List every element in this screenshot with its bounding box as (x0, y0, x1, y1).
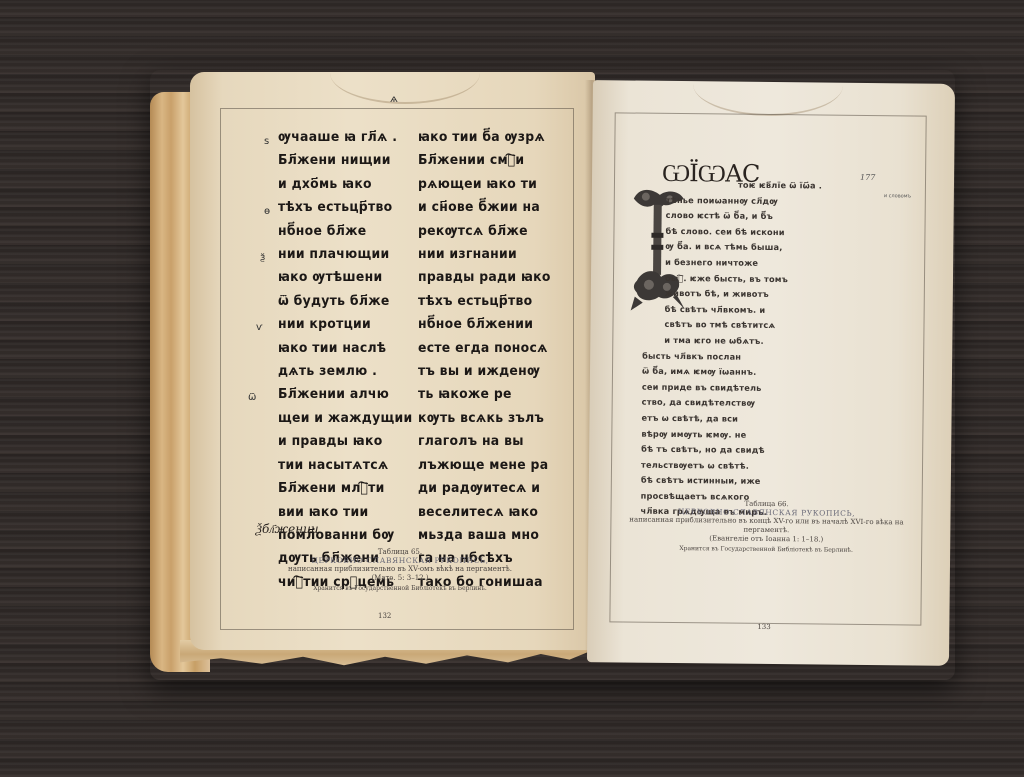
text-line: нб҃ное бл҃жении (418, 313, 551, 336)
text-line: бѣ слово. сеи бѣ искони (665, 224, 821, 241)
left-page: ѧ ѕ ѳ ѯ ѵ ѿ ѹчааше ꙗ гл҃ѧ . Бл҃жени нищи… (190, 72, 595, 650)
text-line: ди радѹитесѧ и (418, 477, 551, 500)
water-stain (693, 80, 844, 117)
caption-holding: Хранится въ Государственной Библіотекѣ в… (230, 585, 570, 592)
text-line: свѣтъ во тмѣ свѣтитсѧ (664, 317, 820, 334)
text-line: есте егда поносѧ (418, 337, 551, 360)
text-line: лъжюще мене ра (418, 454, 551, 477)
page-number: 133 (757, 623, 770, 631)
text-line: нии плачющии (278, 243, 412, 266)
text-line: ѿ будуть бл҃же (278, 290, 412, 313)
text-line: тѣхъ естьцр҃тво (278, 196, 412, 219)
text-line: рекѹтсѧ бл҃же (418, 220, 551, 243)
text-line: нии изгнании (418, 243, 551, 266)
text-line: Бл҃жении алчю (278, 383, 412, 406)
text-line: тоѥ ѥв҃лїе ѿ їѡ҃а . (666, 177, 822, 194)
margin-note: и словомъ (884, 193, 911, 199)
text-line: ꙗко тии наслѣ (278, 337, 412, 360)
text-line: и правды ꙗко (278, 430, 412, 453)
text-line: бысть чл҃вкъ послан (642, 348, 820, 365)
text-line: етъ ѡ свѣтѣ, да вси (641, 411, 819, 428)
margin-mark: ѯ (260, 252, 265, 263)
text-line: бѣ тъ свѣтъ, но да свидѣ (641, 442, 819, 459)
text-line: мьзда ваша мно (418, 524, 551, 547)
page-number: 132 (378, 612, 391, 620)
plate-caption: Таблица 65. ЦЕРКОВНО-СЛАВЯНСКАЯ РУКОПИСЬ… (230, 548, 570, 592)
text-line: ѹчааше ꙗ гл҃ѧ . (278, 126, 412, 149)
text-line: ть ꙗкоже ре (418, 383, 551, 406)
folio-number: 177 (860, 173, 875, 182)
text-line: рѧющеи ꙗко ти (418, 173, 551, 196)
text-line: и сн҃ове б҃жии на (418, 196, 551, 219)
text-line: дѧть землю . (278, 360, 412, 383)
text-line: глаголъ на вы (418, 430, 551, 453)
caption-title: ЦЕРКОВНО-СЛАВЯНСКАЯ РУКОПИСЬ, (230, 556, 570, 565)
text-line: вѣрѹ имѹть ѥмѹ. не (641, 426, 819, 443)
margin-mark: ѵ (256, 322, 263, 333)
manuscript-column-right: ꙗко тии б҃а ѹзрѧ Бл҃жении смⷭ҇и рѧющеи ꙗ… (418, 126, 551, 594)
caption-reference: (Матѳ. 5: 3–12.) (230, 574, 570, 582)
manuscript-text-block: тоѥ ѥв҃лїе ѿ їѡ҃а . тѣнье поиѡаннѹ сл҃дѹ… (662, 177, 822, 522)
text-line: быⷭ҇. ѥже бысть, въ томъ (665, 270, 821, 287)
text-line: тии насытѧтсѧ (278, 454, 412, 477)
text-line: тѣнье поиѡаннѹ сл҃дѹ (666, 192, 822, 209)
text-line: животъ бѣ, и животъ (665, 286, 821, 303)
top-mark: ѧ (390, 94, 398, 105)
caption-table-number: Таблица 65. (230, 548, 570, 556)
text-line: и безнего ничтоже (665, 255, 821, 272)
text-line: тъ вы и ижденѹ (418, 360, 551, 383)
margin-mark: ѿ (248, 392, 256, 403)
text-line: слово ѥстѣ ѿ б҃а, и б҃ъ (666, 208, 822, 225)
text-line: нии кротции (278, 313, 412, 336)
text-line: нб҃ное бл҃же (278, 220, 412, 243)
text-line: Бл҃жении смⷭ҇и (418, 149, 551, 172)
text-line: ꙗко ѹтѣшени (278, 266, 412, 289)
text-line: Бл҃жени нищии (278, 149, 412, 172)
text-line: вии ꙗко тии (278, 501, 412, 524)
text-line: тѣхъ естьцр҃тво (418, 290, 551, 313)
text-line: и дхо҃мь ꙗко (278, 173, 412, 196)
text-line: ꙗко тии б҃а ѹзрѧ (418, 126, 551, 149)
text-line: ство, да свидѣтелствѹ (642, 395, 820, 412)
plate-caption: Таблица 66. ЦЕРКОВНО-СЛАВЯНСКАЯ РУКОПИСЬ… (606, 498, 927, 554)
text-line: бѣ свѣтъ чл҃вкомъ. и (665, 302, 821, 319)
text-line: правды ради ꙗко (418, 266, 551, 289)
water-stain (330, 72, 480, 104)
scribe-signature: Ѯбл҃жении (256, 522, 319, 537)
text-line: кѹть всѧкь зълъ (418, 407, 551, 430)
text-line: сеи приде въ свидѣтель (642, 379, 820, 396)
margin-mark: ѳ (264, 206, 270, 217)
text-line: ѿ б҃а, имѧ ѥмѹ їѡаннъ. (642, 364, 820, 381)
text-line: и тма ѥго не ѡбѧтъ. (664, 333, 820, 350)
text-line: веселитесѧ ꙗко (418, 501, 551, 524)
text-line: бѣ свѣтъ истинныи, иже (641, 473, 819, 490)
margin-mark: ѕ (264, 136, 269, 147)
caption-description: написанная приблизительно въ XV-омъ вѣкѣ… (230, 565, 570, 574)
text-line: тельствѹетъ ѡ свѣтѣ. (641, 457, 819, 474)
text-line: Бл҃жени млⷭ҇ти (278, 477, 412, 500)
text-line: щеи и жаждущии (278, 407, 412, 430)
text-line: ѹ б҃а. и всѧ тѣмь быша, (665, 239, 821, 256)
right-page: 177 и словомъ ѠЇѠАС тоѥ ѥв҃лїе ѿ їѡ҃а . … (587, 80, 955, 666)
